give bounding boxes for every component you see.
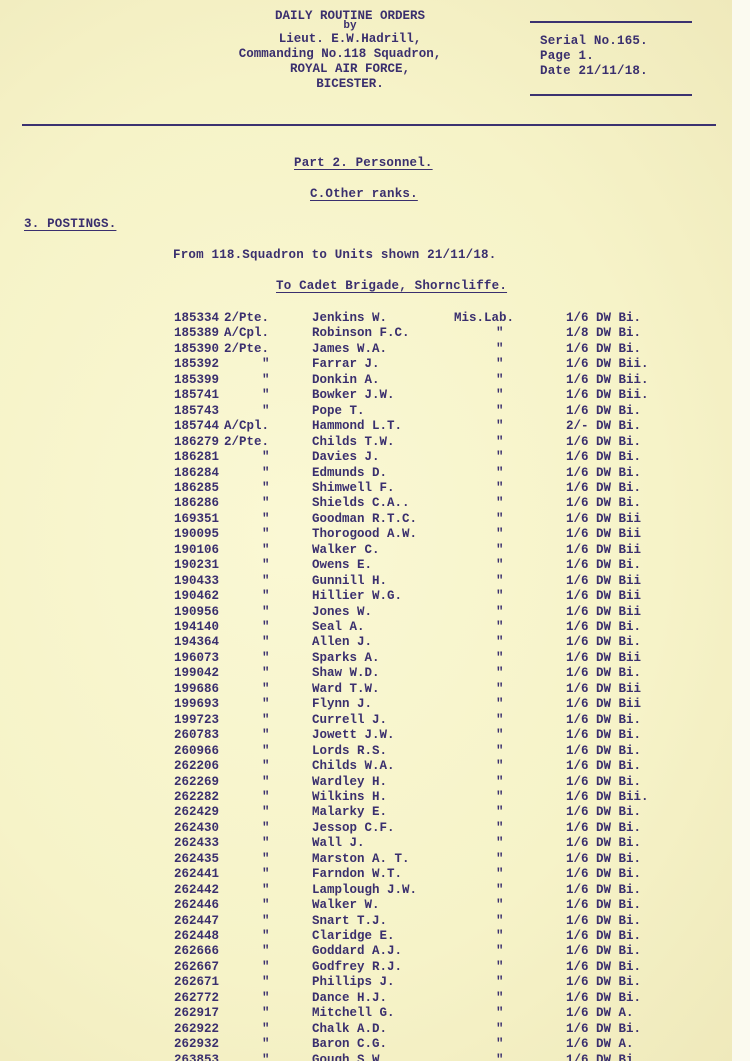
trade: " (496, 682, 504, 696)
person-name: Shimwell F. (312, 481, 395, 495)
table-row: 262666 " Goddard A.J. " 1/6 DW Bi. (174, 944, 704, 959)
pay-category: 1/6 DW Bii (566, 574, 641, 588)
service-number: 185392 (174, 357, 219, 371)
person-name: Farndon W.T. (312, 867, 402, 881)
table-row: 185334 2/Pte. Jenkins W. Mis.Lab. 1/6 DW… (174, 311, 704, 326)
service-number: 262433 (174, 836, 219, 850)
service-number: 263853 (174, 1053, 219, 1061)
pay-category: 1/6 DW Bi. (566, 342, 641, 356)
person-name: Wilkins H. (312, 790, 387, 804)
serial-number: Serial No.165. (540, 35, 648, 48)
service-number: 262932 (174, 1037, 219, 1051)
table-row: 262206 " Childs W.A. " 1/6 DW Bi. (174, 759, 704, 774)
pay-category: 1/6 DW Bii (566, 651, 641, 665)
pay-category: 1/6 DW Bi. (566, 929, 641, 943)
trade: " (496, 775, 504, 789)
table-row: 262772 " Dance H.J. " 1/6 DW Bi. (174, 991, 704, 1006)
person-name: Dance H.J. (312, 991, 387, 1005)
pay-category: 1/6 DW Bi. (566, 404, 641, 418)
trade: " (496, 697, 504, 711)
rank: " (262, 898, 270, 912)
trade: " (496, 589, 504, 603)
service-number: 262922 (174, 1022, 219, 1036)
trade: Mis.Lab. (454, 311, 514, 325)
service-number: 262269 (174, 775, 219, 789)
service-number: 185390 (174, 342, 219, 356)
rank: " (262, 759, 270, 773)
rank: A/Cpl. (224, 326, 269, 340)
person-name: Sparks A. (312, 651, 380, 665)
pay-category: 1/6 DW Bi. (566, 805, 641, 819)
trade: " (496, 527, 504, 541)
pay-category: 1/6 DW Bii (566, 543, 641, 557)
trade: " (496, 635, 504, 649)
person-name: Goodman R.T.C. (312, 512, 417, 526)
pay-category: 1/6 DW Bi. (566, 728, 641, 742)
table-row: 262446 " Walker W. " 1/6 DW Bi. (174, 898, 704, 913)
table-row: 260966 " Lords R.S. " 1/6 DW Bi. (174, 744, 704, 759)
title-line-3: Lieut. E.W.Hadrill, (200, 33, 500, 46)
rank: " (262, 697, 270, 711)
service-number: 262282 (174, 790, 219, 804)
person-name: Childs T.W. (312, 435, 395, 449)
table-row: 194140 " Seal A. " 1/6 DW Bi. (174, 620, 704, 635)
trade: " (496, 620, 504, 634)
table-row: 262447 " Snart T.J. " 1/6 DW Bi. (174, 914, 704, 929)
service-number: 262430 (174, 821, 219, 835)
person-name: Phillips J. (312, 975, 395, 989)
service-number: 185389 (174, 326, 219, 340)
table-row: 262435 " Marston A. T. " 1/6 DW Bi. (174, 852, 704, 867)
rank: " (262, 1053, 270, 1061)
pay-category: 1/6 DW Bii. (566, 357, 649, 371)
table-row: 263853 " Gough S.W. " 1/6 DW Bi. (174, 1053, 704, 1061)
service-number: 196073 (174, 651, 219, 665)
page-number: Page 1. (540, 50, 594, 63)
service-number: 199693 (174, 697, 219, 711)
trade: " (496, 605, 504, 619)
person-name: Godfrey R.J. (312, 960, 402, 974)
service-number: 186284 (174, 466, 219, 480)
pay-category: 1/6 DW Bi. (566, 311, 641, 325)
pay-category: 1/6 DW Bii (566, 697, 641, 711)
pay-category: 1/6 DW Bi. (566, 975, 641, 989)
table-row: 262269 " Wardley H. " 1/6 DW Bi. (174, 775, 704, 790)
person-name: Lords R.S. (312, 744, 387, 758)
trade: " (496, 1006, 504, 1020)
table-row: 262429 " Malarky E. " 1/6 DW Bi. (174, 805, 704, 820)
service-number: 260966 (174, 744, 219, 758)
table-row: 186286 " Shields C.A.. " 1/6 DW Bi. (174, 496, 704, 511)
table-row: 260783 " Jowett J.W. " 1/6 DW Bi. (174, 728, 704, 743)
pay-category: 1/6 DW Bi. (566, 450, 641, 464)
pay-category: 1/6 DW Bii (566, 682, 641, 696)
person-name: Edmunds D. (312, 466, 387, 480)
trade: " (496, 512, 504, 526)
trade: " (496, 744, 504, 758)
person-name: Currell J. (312, 713, 387, 727)
person-name: Shaw W.D. (312, 666, 380, 680)
trade: " (496, 852, 504, 866)
trade: " (496, 836, 504, 850)
trade: " (496, 435, 504, 449)
table-row: 199693 " Flynn J. " 1/6 DW Bii (174, 697, 704, 712)
trade: " (496, 651, 504, 665)
person-name: Lamplough J.W. (312, 883, 417, 897)
table-row: 262433 " Wall J. " 1/6 DW Bi. (174, 836, 704, 851)
rank: " (262, 713, 270, 727)
rank: " (262, 728, 270, 742)
pay-category: 1/6 DW Bii (566, 605, 641, 619)
person-name: Walker W. (312, 898, 380, 912)
rank: " (262, 960, 270, 974)
pay-category: 1/6 DW Bi. (566, 620, 641, 634)
pay-category: 1/6 DW Bi. (566, 496, 641, 510)
person-name: Bowker J.W. (312, 388, 395, 402)
trade: " (496, 1053, 504, 1061)
pay-category: 1/6 DW Bi. (566, 481, 641, 495)
service-number: 190106 (174, 543, 219, 557)
person-name: Seal A. (312, 620, 365, 634)
service-number: 262206 (174, 759, 219, 773)
service-number: 185741 (174, 388, 219, 402)
pay-category: 1/6 DW A. (566, 1037, 634, 1051)
person-name: Davies J. (312, 450, 380, 464)
rank: " (262, 944, 270, 958)
service-number: 262447 (174, 914, 219, 928)
person-name: Hammond L.T. (312, 419, 402, 433)
service-number: 190956 (174, 605, 219, 619)
rank: " (262, 620, 270, 634)
trade: " (496, 481, 504, 495)
trade: " (496, 388, 504, 402)
rank: " (262, 775, 270, 789)
trade: " (496, 867, 504, 881)
table-row: 190433 " Gunnill H. " 1/6 DW Bii (174, 574, 704, 589)
pay-category: 1/6 DW Bi. (566, 775, 641, 789)
rank: " (262, 543, 270, 557)
person-name: Jenkins W. (312, 311, 387, 325)
rank: " (262, 481, 270, 495)
person-name: Thorogood A.W. (312, 527, 417, 541)
pay-category: 2/- DW Bi. (566, 419, 641, 433)
person-name: Claridge E. (312, 929, 395, 943)
trade: " (496, 944, 504, 958)
person-name: Walker C. (312, 543, 380, 557)
trade: " (496, 666, 504, 680)
person-name: Gunnill H. (312, 574, 387, 588)
pay-category: 1/6 DW Bi. (566, 852, 641, 866)
service-number: 260783 (174, 728, 219, 742)
pay-category: 1/6 DW Bi. (566, 666, 641, 680)
document-date: Date 21/11/18. (540, 65, 648, 78)
trade: " (496, 419, 504, 433)
service-number: 262442 (174, 883, 219, 897)
table-row: 199723 " Currell J. " 1/6 DW Bi. (174, 713, 704, 728)
header-box-top-rule (530, 21, 692, 23)
pay-category: 1/6 DW Bi. (566, 867, 641, 881)
table-row: 262430 " Jessop C.F. " 1/6 DW Bi. (174, 821, 704, 836)
pay-category: 1/6 DW Bi. (566, 836, 641, 850)
trade: " (496, 373, 504, 387)
person-name: Baron C.G. (312, 1037, 387, 1051)
trade: " (496, 574, 504, 588)
table-row: 262441 " Farndon W.T. " 1/6 DW Bi. (174, 867, 704, 882)
table-row: 185389 A/Cpl. Robinson F.C. " 1/8 DW Bi. (174, 326, 704, 341)
rank: " (262, 1006, 270, 1020)
rank: " (262, 558, 270, 572)
rank: " (262, 527, 270, 541)
table-row: 262282 " Wilkins H. " 1/6 DW Bii. (174, 790, 704, 805)
trade: " (496, 496, 504, 510)
rank: " (262, 388, 270, 402)
trade: " (496, 713, 504, 727)
service-number: 262667 (174, 960, 219, 974)
person-name: Farrar J. (312, 357, 380, 371)
service-number: 190462 (174, 589, 219, 603)
trade: " (496, 450, 504, 464)
pay-category: 1/6 DW Bi. (566, 898, 641, 912)
service-number: 186285 (174, 481, 219, 495)
table-row: 185743 " Pope T. " 1/6 DW Bi. (174, 404, 704, 419)
person-name: Donkin A. (312, 373, 380, 387)
table-row: 186284 " Edmunds D. " 1/6 DW Bi. (174, 466, 704, 481)
table-row: 185392 " Farrar J. " 1/6 DW Bii. (174, 357, 704, 372)
trade: " (496, 728, 504, 742)
title-line-5: ROYAL AIR FORCE, (200, 63, 500, 76)
table-row: 169351 " Goodman R.T.C. " 1/6 DW Bii (174, 512, 704, 527)
table-row: 190106 " Walker C. " 1/6 DW Bii (174, 543, 704, 558)
service-number: 262448 (174, 929, 219, 943)
pay-category: 1/6 DW Bii. (566, 790, 649, 804)
pay-category: 1/6 DW Bii. (566, 388, 649, 402)
table-row: 262442 " Lamplough J.W. " 1/6 DW Bi. (174, 883, 704, 898)
rank: " (262, 651, 270, 665)
pay-category: 1/6 DW Bii (566, 589, 641, 603)
service-number: 194364 (174, 635, 219, 649)
rank: " (262, 836, 270, 850)
rank: " (262, 466, 270, 480)
table-row: 262917 " Mitchell G. " 1/6 DW A. (174, 1006, 704, 1021)
title-line-6: BICESTER. (200, 78, 500, 91)
trade: " (496, 991, 504, 1005)
table-row: 185399 " Donkin A. " 1/6 DW Bii. (174, 373, 704, 388)
pay-category: 1/6 DW Bi. (566, 991, 641, 1005)
trade: " (496, 790, 504, 804)
service-number: 262435 (174, 852, 219, 866)
service-number: 194140 (174, 620, 219, 634)
postings-intro: From 118.Squadron to Units shown 21/11/1… (173, 249, 496, 262)
trade: " (496, 404, 504, 418)
service-number: 199042 (174, 666, 219, 680)
table-row: 186285 " Shimwell F. " 1/6 DW Bi. (174, 481, 704, 496)
service-number: 199723 (174, 713, 219, 727)
rank: " (262, 357, 270, 371)
person-name: Wardley H. (312, 775, 387, 789)
pay-category: 1/8 DW Bi. (566, 326, 641, 340)
trade: " (496, 960, 504, 974)
header-box-bottom-rule (530, 94, 692, 96)
table-row: 262667 " Godfrey R.J. " 1/6 DW Bi. (174, 960, 704, 975)
trade: " (496, 929, 504, 943)
trade: " (496, 357, 504, 371)
person-name: Flynn J. (312, 697, 372, 711)
pay-category: 1/6 DW Bi. (566, 713, 641, 727)
pay-category: 1/6 DW Bi. (566, 1053, 641, 1061)
person-name: Gough S.W. (312, 1053, 387, 1061)
service-number: 262917 (174, 1006, 219, 1020)
service-number: 190095 (174, 527, 219, 541)
table-row: 262671 " Phillips J. " 1/6 DW Bi. (174, 975, 704, 990)
table-row: 190095 " Thorogood A.W. " 1/6 DW Bii (174, 527, 704, 542)
rank: " (262, 404, 270, 418)
person-name: Goddard A.J. (312, 944, 402, 958)
rank: " (262, 496, 270, 510)
rank: " (262, 914, 270, 928)
rank: " (262, 450, 270, 464)
pay-category: 1/6 DW Bi. (566, 466, 641, 480)
trade: " (496, 1022, 504, 1036)
trade: " (496, 466, 504, 480)
trade: " (496, 883, 504, 897)
person-name: Mitchell G. (312, 1006, 395, 1020)
service-number: 190433 (174, 574, 219, 588)
service-number: 190231 (174, 558, 219, 572)
person-name: Wall J. (312, 836, 365, 850)
table-row: 185741 " Bowker J.W. " 1/6 DW Bii. (174, 388, 704, 403)
trade: " (496, 1037, 504, 1051)
trade: " (496, 543, 504, 557)
person-name: Robinson F.C. (312, 326, 410, 340)
person-name: Marston A. T. (312, 852, 410, 866)
title-line-4: Commanding No.118 Squadron, (190, 48, 490, 61)
service-number: 262446 (174, 898, 219, 912)
pay-category: 1/6 DW Bi. (566, 944, 641, 958)
person-name: Childs W.A. (312, 759, 395, 773)
person-name: Hillier W.G. (312, 589, 402, 603)
table-row: 262932 " Baron C.G. " 1/6 DW A. (174, 1037, 704, 1052)
rank: " (262, 605, 270, 619)
trade: " (496, 821, 504, 835)
trade: " (496, 975, 504, 989)
table-row: 185390 2/Pte. James W.A. " 1/6 DW Bi. (174, 342, 704, 357)
service-number: 186279 (174, 435, 219, 449)
person-name: Pope T. (312, 404, 365, 418)
rank: " (262, 929, 270, 943)
rank: " (262, 1022, 270, 1036)
service-number: 262772 (174, 991, 219, 1005)
pay-category: 1/6 DW Bi. (566, 635, 641, 649)
person-name: Malarky E. (312, 805, 387, 819)
postings-heading: 3. POSTINGS. (24, 218, 116, 231)
pay-category: 1/6 DW Bii. (566, 373, 649, 387)
service-number: 185744 (174, 419, 219, 433)
table-row: 196073 " Sparks A. " 1/6 DW Bii (174, 651, 704, 666)
table-row: 190231 " Owens E. " 1/6 DW Bi. (174, 558, 704, 573)
rank: " (262, 883, 270, 897)
service-number: 262671 (174, 975, 219, 989)
person-name: Allen J. (312, 635, 372, 649)
service-number: 186281 (174, 450, 219, 464)
pay-category: 1/6 DW Bi. (566, 1022, 641, 1036)
pay-category: 1/6 DW Bii (566, 527, 641, 541)
rank: " (262, 373, 270, 387)
service-number: 185399 (174, 373, 219, 387)
page-edge (732, 0, 750, 1061)
trade: " (496, 898, 504, 912)
trade: " (496, 805, 504, 819)
service-number: 185334 (174, 311, 219, 325)
person-name: Jowett J.W. (312, 728, 395, 742)
pay-category: 1/6 DW Bi. (566, 821, 641, 835)
rank: " (262, 682, 270, 696)
trade: " (496, 914, 504, 928)
service-number: 186286 (174, 496, 219, 510)
rank: " (262, 1037, 270, 1051)
pay-category: 1/6 DW Bi. (566, 883, 641, 897)
part-heading: Part 2. Personnel. (294, 157, 433, 170)
title-line-2: by (200, 20, 500, 33)
pay-category: 1/6 DW Bi. (566, 960, 641, 974)
table-row: 186279 2/Pte. Childs T.W. " 1/6 DW Bi. (174, 435, 704, 450)
service-number: 262429 (174, 805, 219, 819)
trade: " (496, 558, 504, 572)
person-name: Ward T.W. (312, 682, 380, 696)
rank: A/Cpl. (224, 419, 269, 433)
pay-category: 1/6 DW Bi. (566, 744, 641, 758)
service-number: 169351 (174, 512, 219, 526)
pay-category: 1/6 DW Bi. (566, 558, 641, 572)
pay-category: 1/6 DW Bi. (566, 435, 641, 449)
pay-category: 1/6 DW Bi. (566, 914, 641, 928)
person-name: Snart T.J. (312, 914, 387, 928)
rank: " (262, 635, 270, 649)
table-row: 186281 " Davies J. " 1/6 DW Bi. (174, 450, 704, 465)
person-name: Jessop C.F. (312, 821, 395, 835)
person-name: Shields C.A.. (312, 496, 410, 510)
person-name: Chalk A.D. (312, 1022, 387, 1036)
rank: " (262, 991, 270, 1005)
person-name: Jones W. (312, 605, 372, 619)
service-number: 199686 (174, 682, 219, 696)
rank: " (262, 744, 270, 758)
destination-heading: To Cadet Brigade, Shorncliffe. (276, 280, 507, 293)
rank: 2/Pte. (224, 311, 269, 325)
person-name: James W.A. (312, 342, 387, 356)
table-row: 185744 A/Cpl. Hammond L.T. " 2/- DW Bi. (174, 419, 704, 434)
subpart-heading: C.Other ranks. (310, 188, 418, 201)
person-name: Owens E. (312, 558, 372, 572)
pay-category: 1/6 DW Bii (566, 512, 641, 526)
table-row: 262448 " Claridge E. " 1/6 DW Bi. (174, 929, 704, 944)
rank: " (262, 805, 270, 819)
trade: " (496, 342, 504, 356)
table-row: 199686 " Ward T.W. " 1/6 DW Bii (174, 682, 704, 697)
rank: 2/Pte. (224, 342, 269, 356)
rank: " (262, 821, 270, 835)
table-row: 190462 " Hillier W.G. " 1/6 DW Bii (174, 589, 704, 604)
table-row: 194364 " Allen J. " 1/6 DW Bi. (174, 635, 704, 650)
table-row: 262922 " Chalk A.D. " 1/6 DW Bi. (174, 1022, 704, 1037)
rank: " (262, 867, 270, 881)
service-number: 262666 (174, 944, 219, 958)
rank: " (262, 790, 270, 804)
header-divider-rule (22, 124, 716, 126)
rank: " (262, 852, 270, 866)
rank: " (262, 975, 270, 989)
rank: " (262, 589, 270, 603)
trade: " (496, 326, 504, 340)
